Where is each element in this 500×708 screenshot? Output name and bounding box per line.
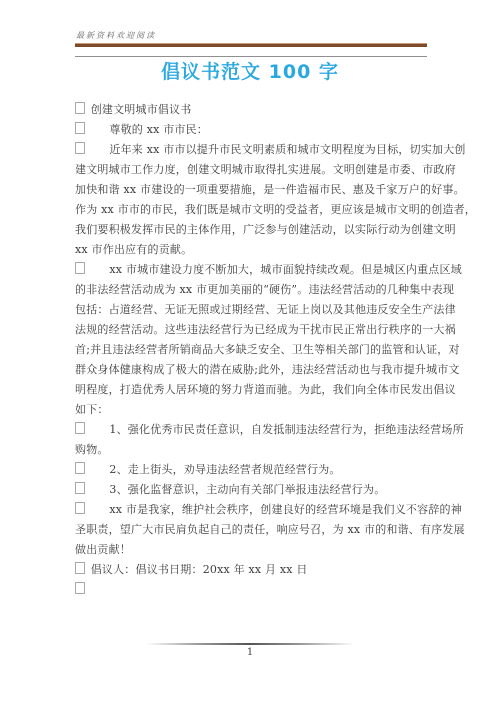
line-text: 购物。 (75, 443, 109, 456)
text-line: 群众身体健康构成了极大的潜在威胁;此外，违法经营活动也与我市提升城市文 (75, 360, 435, 380)
document-page: 最新资料欢迎阅读 倡议书范文 100 字 创建文明城市倡议书 尊敬的 xx 市市… (0, 0, 500, 708)
header-rule-thin (75, 56, 427, 57)
checkbox-icon (75, 502, 85, 514)
text-line: 包括：占道经营、无证无照或过期经营、无证上岗以及其他违反安全生产法律 (75, 300, 435, 320)
line-text: 法规的经营活动。这些违法经营行为已经成为干扰市民正常出行秩序的一大祸 (75, 323, 456, 336)
checkbox-icon (75, 582, 85, 594)
text-line: 2、走上街头，劝导违法经营者规范经营行为。 (75, 460, 435, 480)
line-text: 1、强化优秀市民责任意识，自发抵制违法经营行为，拒绝违法经营场所 (109, 423, 463, 436)
line-text: xx 市作出应有的贡献。 (75, 243, 192, 256)
page-title: 倡议书范文 100 字 (0, 59, 500, 85)
text-line: xx 市作出应有的贡献。 (75, 240, 435, 260)
checkbox-icon (75, 122, 85, 134)
header-rule-thick (75, 43, 427, 47)
line-text: 做出贡献！ (75, 543, 131, 556)
text-line: 购物。 (75, 440, 435, 460)
text-line: 明程度，打造优秀人居环境的努力背道而驰。为此，我们向全体市民发出倡议 (75, 380, 435, 400)
text-line: 我们要积极发挥市民的主体作用，广泛参与创建活动，以实际行动为创建文明 (75, 220, 435, 240)
text-line: 3、强化监督意识，主动向有关部门举报违法经营行为。 (75, 480, 435, 500)
text-line: 创建文明城市倡议书 (75, 100, 435, 120)
footer-rule (146, 643, 354, 645)
checkbox-icon (75, 262, 85, 274)
line-text: 如下： (75, 403, 109, 416)
checkbox-icon (75, 102, 85, 114)
text-line: 首;并且违法经营者所销商品大多缺乏安全、卫生等相关部门的监管和认证，对 (75, 340, 435, 360)
line-text: 群众身体健康构成了极大的潜在威胁;此外，违法经营活动也与我市提升城市文 (75, 363, 460, 376)
text-line: 做出贡献！ (75, 540, 435, 560)
line-text: 尊敬的 xx 市市民： (109, 123, 208, 136)
page-number: 1 (0, 646, 500, 660)
line-text: 2、走上街头，劝导违法经营者规范经营行为。 (109, 463, 340, 476)
line-text: 近年来 xx 市市以提升市民文明素质和城市文明程度为目标，切实加大创 (109, 143, 465, 156)
line-text: 作为 xx 市市的市民，我们既是城市文明的受益者，更应该是城市文明的创造者， (75, 203, 476, 216)
line-text: 包括：占道经营、无证无照或过期经营、无证上岗以及其他违反安全生产法律 (75, 303, 456, 316)
line-text: 圣职责，望广大市民肩负起自己的责任，响应号召，为 xx 市的和谐、有序发展 (75, 523, 465, 536)
line-text: 3、强化监督意识，主动向有关部门举报违法经营行为。 (109, 483, 385, 496)
text-line: 如下： (75, 400, 435, 420)
document-body: 创建文明城市倡议书 尊敬的 xx 市市民： 近年来 xx 市市以提升市民文明素质… (75, 100, 435, 600)
text-line: 建文明城市工作力度，创建文明城市取得扎实进展。文明创建是市委、市政府 (75, 160, 435, 180)
line-text: 倡议人：倡议书日期：20xx 年 xx 月 xx 日 (91, 563, 308, 576)
line-text: 创建文明城市倡议书 (91, 103, 192, 116)
text-line: xx 市是我家，维护社会秩序，创建良好的经营环境是我们义不容辞的神 (75, 500, 435, 520)
checkbox-icon (75, 482, 85, 494)
text-line: 圣职责，望广大市民肩负起自己的责任，响应号召，为 xx 市的和谐、有序发展 (75, 520, 435, 540)
line-text: 我们要积极发挥市民的主体作用，广泛参与创建活动，以实际行动为创建文明 (75, 223, 456, 236)
checkbox-icon (75, 462, 85, 474)
text-line: xx 市城市建设力度不断加大，城市面貌持续改观。但是城区内重点区域 (75, 260, 435, 280)
text-line: 近年来 xx 市市以提升市民文明素质和城市文明程度为目标，切实加大创 (75, 140, 435, 160)
text-line (75, 580, 435, 600)
header-slogan: 最新资料欢迎阅读 (76, 30, 156, 41)
line-text: 明程度，打造优秀人居环境的努力背道而驰。为此，我们向全体市民发出倡议 (75, 383, 456, 396)
text-line: 作为 xx 市市的市民，我们既是城市文明的受益者，更应该是城市文明的创造者， (75, 200, 435, 220)
line-text: 的非法经营活动成为 xx 市更加美丽的“硬伤”。违法经营活动的几种集中表现 (75, 283, 454, 296)
text-line: 1、强化优秀市民责任意识，自发抵制违法经营行为，拒绝违法经营场所 (75, 420, 435, 440)
checkbox-icon (75, 422, 85, 434)
checkbox-icon (75, 562, 85, 574)
text-line: 加快和谐 xx 市建设的一项重要措施，是一件造福市民、惠及千家万户的好事。 (75, 180, 435, 200)
line-text: 建文明城市工作力度，创建文明城市取得扎实进展。文明创建是市委、市政府 (75, 163, 456, 176)
line-text: 加快和谐 xx 市建设的一项重要措施，是一件造福市民、惠及千家万户的好事。 (75, 183, 465, 196)
text-line: 法规的经营活动。这些违法经营行为已经成为干扰市民正常出行秩序的一大祸 (75, 320, 435, 340)
text-line: 的非法经营活动成为 xx 市更加美丽的“硬伤”。违法经营活动的几种集中表现 (75, 280, 435, 300)
text-line: 尊敬的 xx 市市民： (75, 120, 435, 140)
line-text: xx 市城市建设力度不断加大，城市面貌持续改观。但是城区内重点区域 (109, 263, 462, 276)
checkbox-icon (75, 142, 85, 154)
text-line: 倡议人：倡议书日期：20xx 年 xx 月 xx 日 (75, 560, 435, 580)
line-text: xx 市是我家，维护社会秩序，创建良好的经营环境是我们义不容辞的神 (109, 503, 462, 516)
line-text: 首;并且违法经营者所销商品大多缺乏安全、卫生等相关部门的监管和认证，对 (75, 343, 460, 356)
